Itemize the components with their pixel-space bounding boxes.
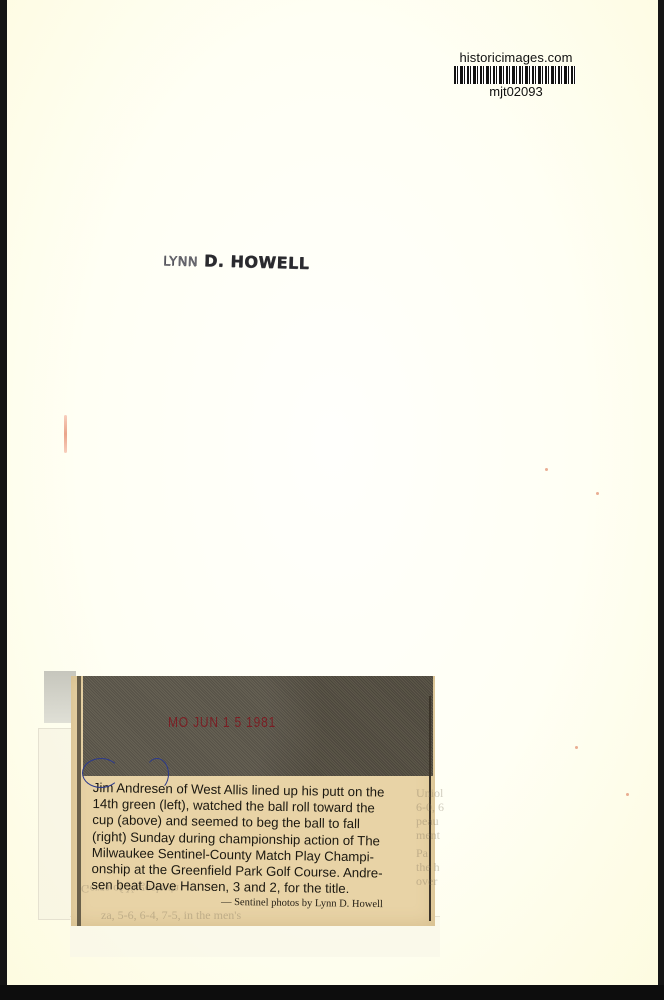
bleed-through-text: za, 5-6, 6-4, 7-5, in the men's — [101, 908, 241, 923]
stamp-faint-prefix: LYNN — [163, 254, 198, 270]
photo-credit: — Sentinel photos by Lynn D. Howell — [221, 897, 383, 910]
watermark-label: historicimages.com mjt02093 — [452, 50, 580, 99]
photographer-stamp: LYNN D. HOWELL — [163, 250, 310, 273]
newspaper-clipping: MO JUN 1 5 1981 Uniol 6-0, 6 peau ment P… — [71, 676, 435, 926]
watermark-code: mjt02093 — [452, 85, 580, 99]
barcode-icon — [454, 66, 576, 84]
ink-streak — [64, 415, 67, 453]
watermark-site: historicimages.com — [452, 50, 580, 65]
date-stamp: MO JUN 1 5 1981 — [168, 714, 276, 731]
scan-border-right — [658, 0, 664, 1000]
ink-speck — [545, 468, 548, 471]
scan-border-left — [0, 0, 7, 1000]
ink-speck — [575, 746, 578, 749]
clipping-photo-strip: MO JUN 1 5 1981 — [83, 676, 433, 776]
pen-circle-mark — [145, 758, 169, 790]
stamp-text: D. HOWELL — [204, 251, 310, 273]
ink-speck — [596, 492, 599, 495]
scan-border-bottom — [0, 985, 664, 1000]
ink-speck — [626, 793, 629, 796]
pen-circle-mark — [82, 758, 120, 788]
clipping-caption: Jim Andresen of West Allis lined up his … — [91, 780, 423, 899]
